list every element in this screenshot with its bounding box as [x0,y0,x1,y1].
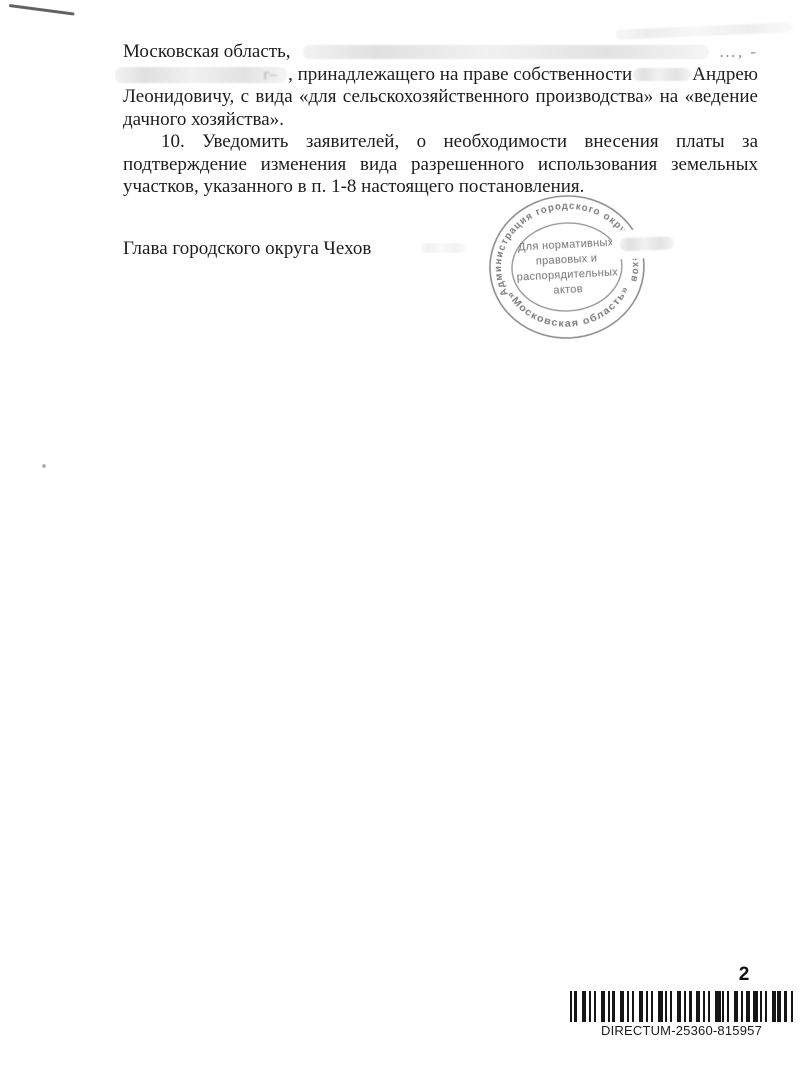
line2-name: Андрею [692,64,758,87]
redaction-smudge-stamp [620,236,674,251]
official-round-stamp: Администрация городского округа Чехов «М… [482,189,652,347]
barcode-label: DIRECTUM-25360-815957 [570,1023,793,1038]
redaction-remnant-line1: …, - [719,41,758,64]
text-line-2: г– , принадлежащего на праве собственнос… [123,64,758,87]
stamp-center-line-2: правовых и [536,252,598,267]
text-line-1: Московская область, …, - [123,41,758,64]
stamp-graphic: Администрация городского округа Чехов «М… [482,189,652,347]
text-line-3: Леонидовичу, с вида «для сельскохозяйств… [123,86,758,109]
redaction-streak-line1 [303,45,709,59]
faint-smudge-mid [420,243,466,253]
paragraph-10-line-3: участков, указанного в п. 1-8 настоящего… [123,176,758,199]
line2-text: , принадлежащего на праве собственности [288,64,632,87]
paragraph-10-line-1: 10. Уведомить заявителей, о необходимост… [123,131,758,154]
stamp-center-line-1: Для нормативных [518,237,614,254]
document-body: Московская область, …, - г– , принадлежа… [123,41,758,199]
page-number: 2 [731,964,757,986]
redaction-small-line2 [633,68,691,81]
stamp-center-line-4: актов [553,283,583,297]
paper-speck [42,464,46,468]
directum-barcode [570,991,793,1022]
redaction-remnant-line2: г– [263,64,287,87]
scan-artifact-mark [9,4,75,15]
scanned-document-page: Московская область, …, - г– , принадлежа… [0,0,800,1067]
line1-text: Московская область, [123,41,291,64]
redaction-over-stamp [612,227,701,259]
text-line-4: дачного хозяйства». [123,109,758,132]
paragraph-10-line-2: подтверждение изменения вида разрешенног… [123,154,758,177]
stamp-center-line-3: распорядительных [516,266,618,283]
redaction-block-line2: г– [115,67,287,83]
redaction-smudge-top-right [615,22,793,40]
signature-title: Глава городского округа Чехов [123,237,371,260]
